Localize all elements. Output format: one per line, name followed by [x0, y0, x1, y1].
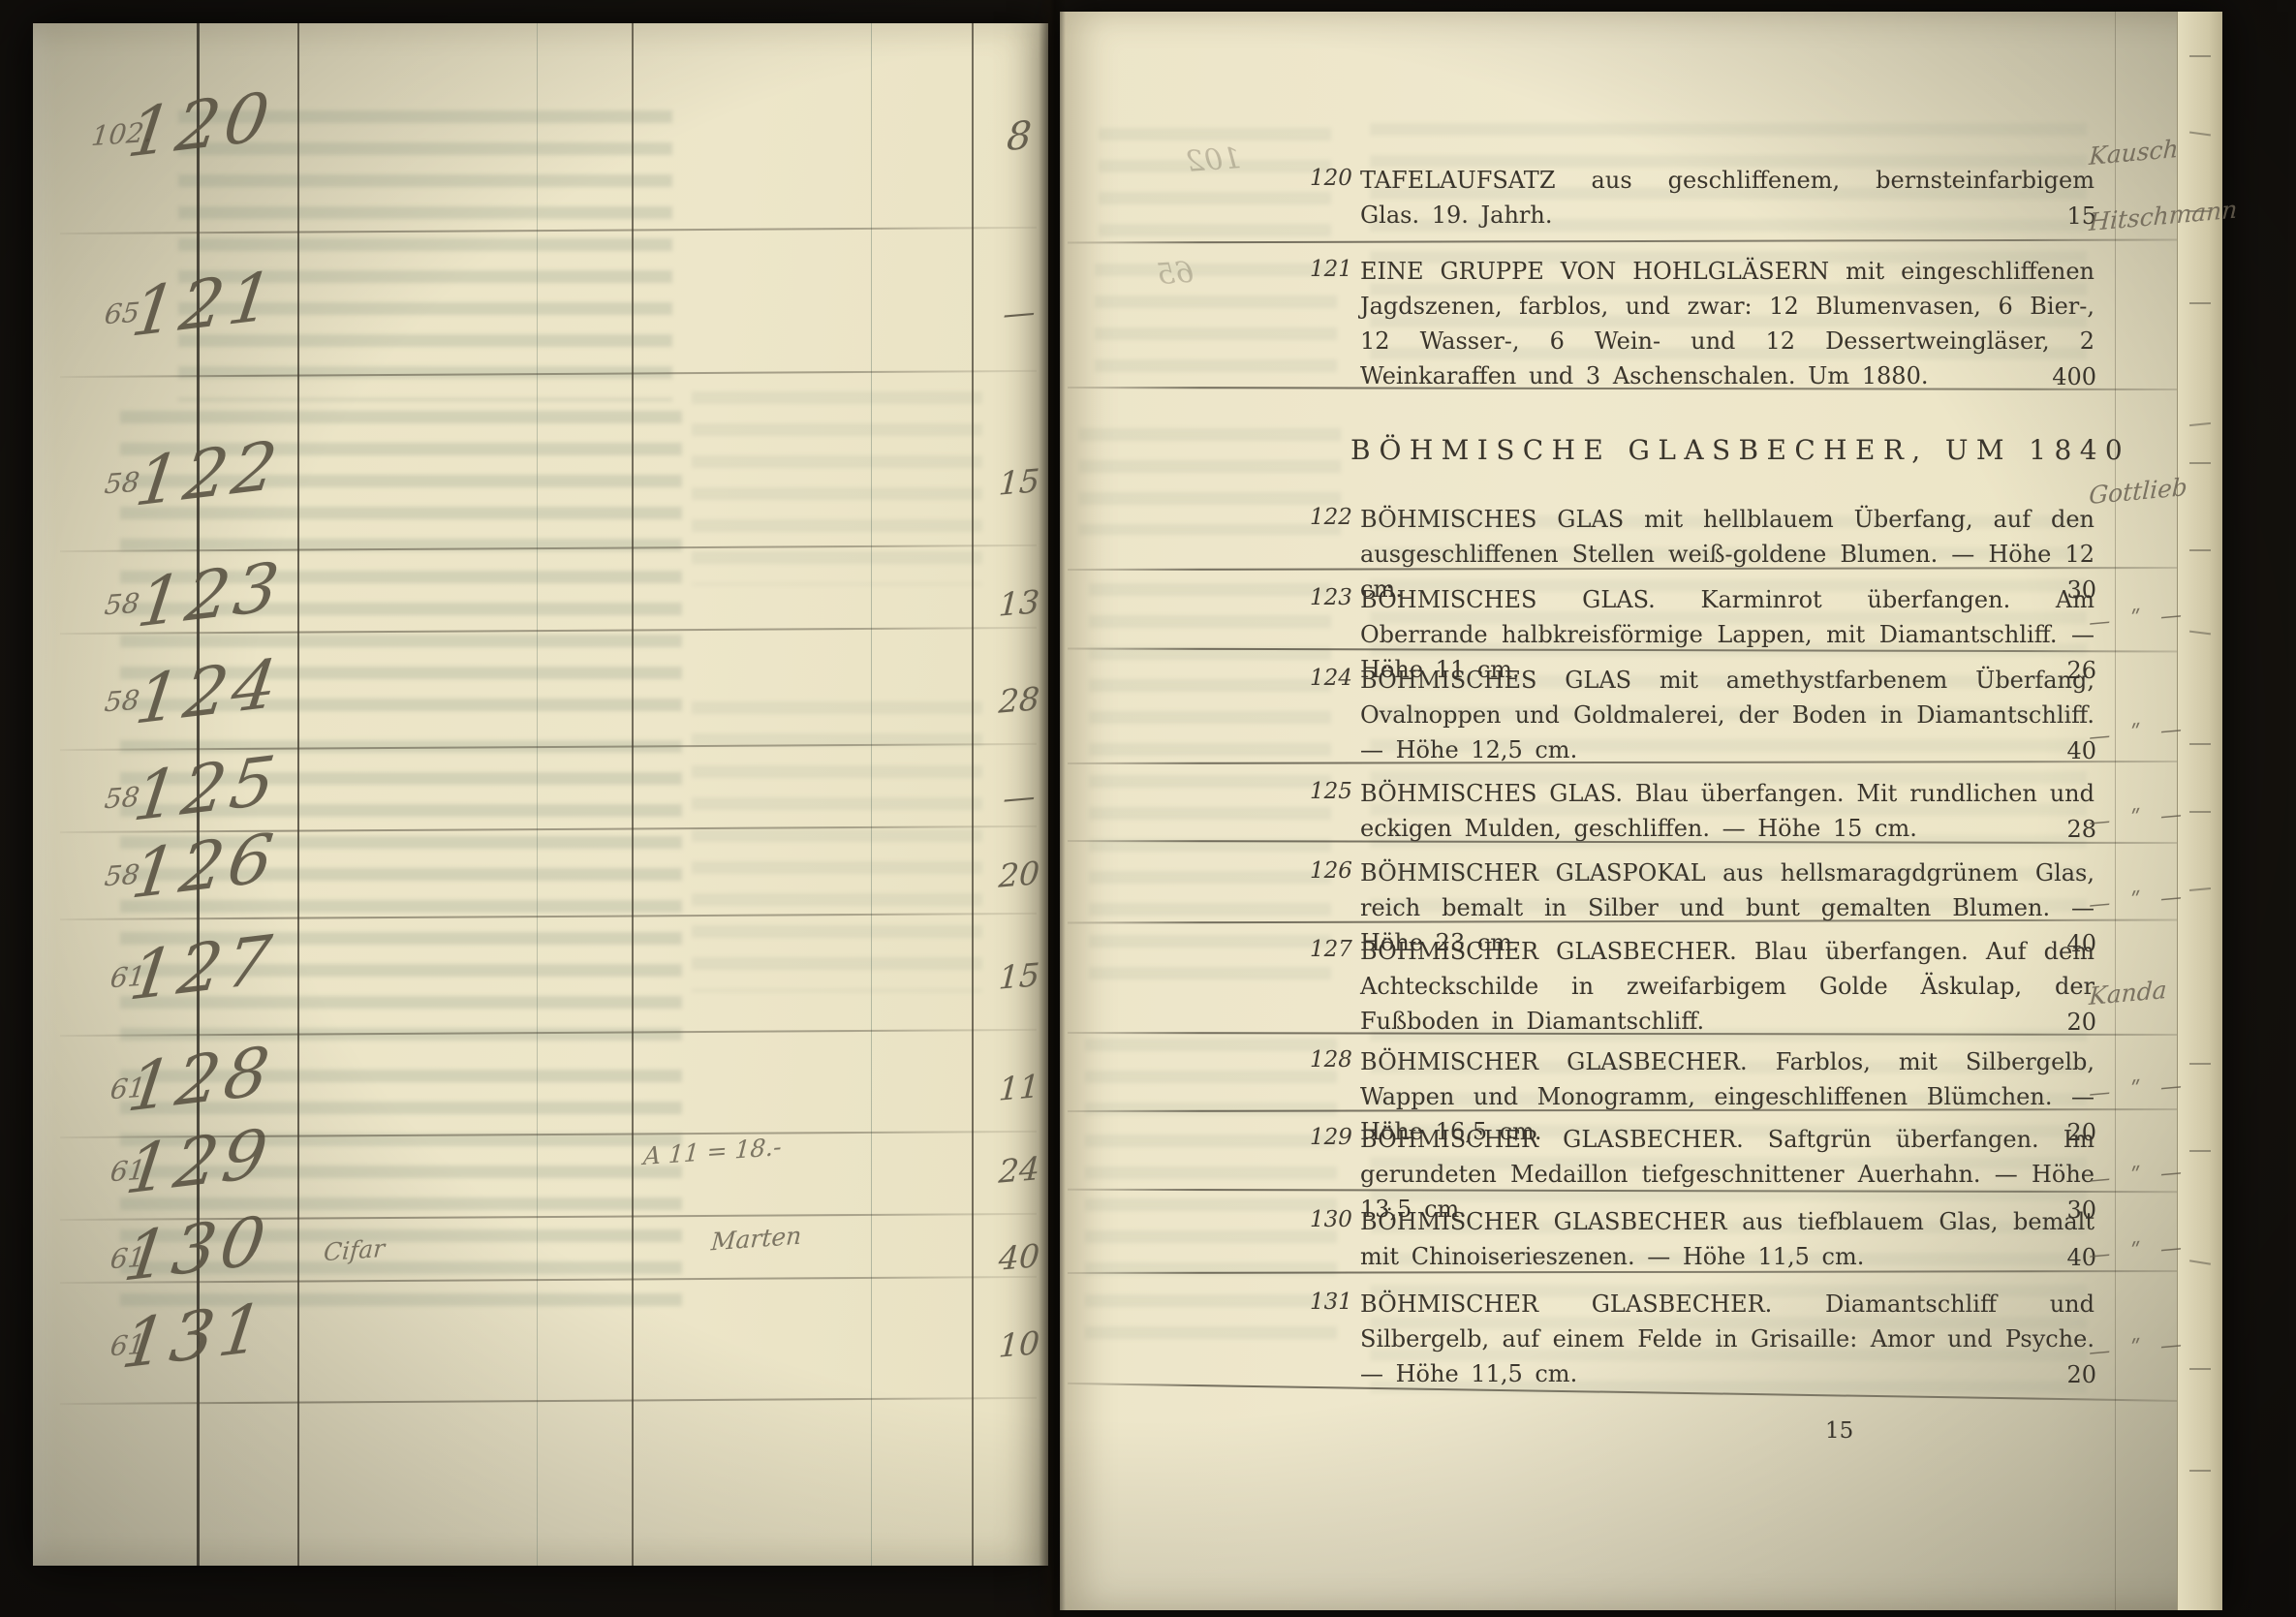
- page-edge-mark: [2189, 55, 2211, 57]
- catalog-entry-number: 129: [1310, 1125, 1352, 1150]
- catalog-entry-number: 125: [1310, 779, 1352, 804]
- catalog-page: 102 65 BÖHMISCHE GLASBECHER, UM 1840 120…: [1060, 12, 2222, 1610]
- catalog-entry-number: 126: [1310, 858, 1352, 884]
- ledger-handwritten-note: Cifar: [323, 1234, 386, 1267]
- ledger-column-line: [297, 23, 299, 1566]
- catalog-entry-text: EINE GRUPPE VON HOHLGLÄSERN mit eingesch…: [1360, 254, 2094, 393]
- catalog-entry: 127 BÖHMISCHER GLASBECHER. Blau überfang…: [1310, 934, 2096, 1039]
- ledger-column-line: [537, 23, 538, 1566]
- bleed-through-text: [1089, 583, 1331, 990]
- catalog-entry-number: 123: [1310, 585, 1352, 610]
- page-edge-mark: [2189, 462, 2211, 464]
- ledger-page: 102. 120 8 65 121 — 58 122 15 58 123 13 …: [33, 23, 1048, 1566]
- catalog-entry-text: BÖHMISCHES GLAS. Blau überfangen. Mit ru…: [1360, 776, 2094, 846]
- section-heading: BÖHMISCHE GLASBECHER, UM 1840: [1350, 434, 2098, 466]
- page-number: 15: [1825, 1418, 1853, 1444]
- catalog-entry-text: BÖHMISCHER GLASBECHER. Diamantschliff un…: [1360, 1287, 2094, 1391]
- catalog-entry-price: 20: [2066, 1009, 2096, 1036]
- page-edge-mark: [2189, 1470, 2211, 1472]
- page-edge-mark: [2189, 549, 2211, 551]
- catalog-entry-text: BÖHMISCHER GLASBECHER. Blau überfangen. …: [1360, 934, 2094, 1039]
- catalog-entry-number: 120: [1310, 166, 1352, 191]
- catalog-entry-price: 20: [2066, 1361, 2096, 1388]
- ledger-row-line: [60, 1397, 1037, 1405]
- page-edge-mark: [2189, 422, 2211, 426]
- catalog-entry-text: BÖHMISCHES GLAS mit amethystfarbenem Übe…: [1360, 663, 2094, 767]
- page-edge-mark: [2189, 1063, 2211, 1065]
- catalog-entry-number: 127: [1310, 937, 1352, 962]
- catalog-entry-text: BÖHMISCHER GLASBECHER aus tiefblauem Gla…: [1360, 1204, 2094, 1274]
- catalog-entry-number: 124: [1310, 666, 1352, 691]
- page-edge-mark: [2189, 1368, 2211, 1370]
- page-edge-mark: [2189, 1259, 2211, 1264]
- catalog-entry-number: 131: [1310, 1290, 1352, 1315]
- catalog-entry: 124 BÖHMISCHES GLAS mit amethystfarbenem…: [1310, 663, 2096, 767]
- ledger-column-line: [632, 23, 634, 1566]
- page-edge-mark: [2189, 1150, 2211, 1152]
- catalog-entry: 120 TAFELAUFSATZ aus geschliffenem, bern…: [1310, 163, 2096, 233]
- catalog-entry-number: 128: [1310, 1047, 1352, 1073]
- bleed-through-text: [1079, 428, 1341, 535]
- ledger-handwritten-note: Marten: [710, 1222, 802, 1257]
- page-edge-mark: [2189, 302, 2211, 304]
- book-gutter-shadow: [1039, 0, 1066, 1617]
- catalog-entry: 125 BÖHMISCHES GLAS. Blau überfangen. Mi…: [1310, 776, 2096, 846]
- catalog-entry-number: 130: [1310, 1207, 1352, 1232]
- catalog-entry-number: 121: [1310, 257, 1352, 282]
- bleed-through-text: [1085, 1039, 1337, 1358]
- bleed-through-numeral: 65: [1156, 256, 1195, 293]
- catalog-entry-number: 122: [1310, 505, 1352, 530]
- catalog-entry: 121 EINE GRUPPE VON HOHLGLÄSERN mit eing…: [1310, 254, 2096, 393]
- ledger-column-line: [871, 23, 872, 1566]
- bleed-through-numeral: 102: [1185, 141, 1243, 179]
- open-auction-catalog-photo: 102. 120 8 65 121 — 58 122 15 58 123 13 …: [0, 0, 2296, 1617]
- catalog-entry-price: 400: [2052, 363, 2096, 390]
- page-edge-mark: [2189, 631, 2211, 636]
- page-edge-mark: [2189, 743, 2211, 745]
- bleed-through-text: [1095, 264, 1337, 389]
- bleed-through-text: [692, 391, 982, 585]
- catalog-entry-text: TAFELAUFSATZ aus geschliffenem, bernstei…: [1360, 163, 2094, 233]
- catalog-entry: 130 BÖHMISCHER GLASBECHER aus tiefblauem…: [1310, 1204, 2096, 1274]
- catalog-entry: 131 BÖHMISCHER GLASBECHER. Diamantschlif…: [1310, 1287, 2096, 1391]
